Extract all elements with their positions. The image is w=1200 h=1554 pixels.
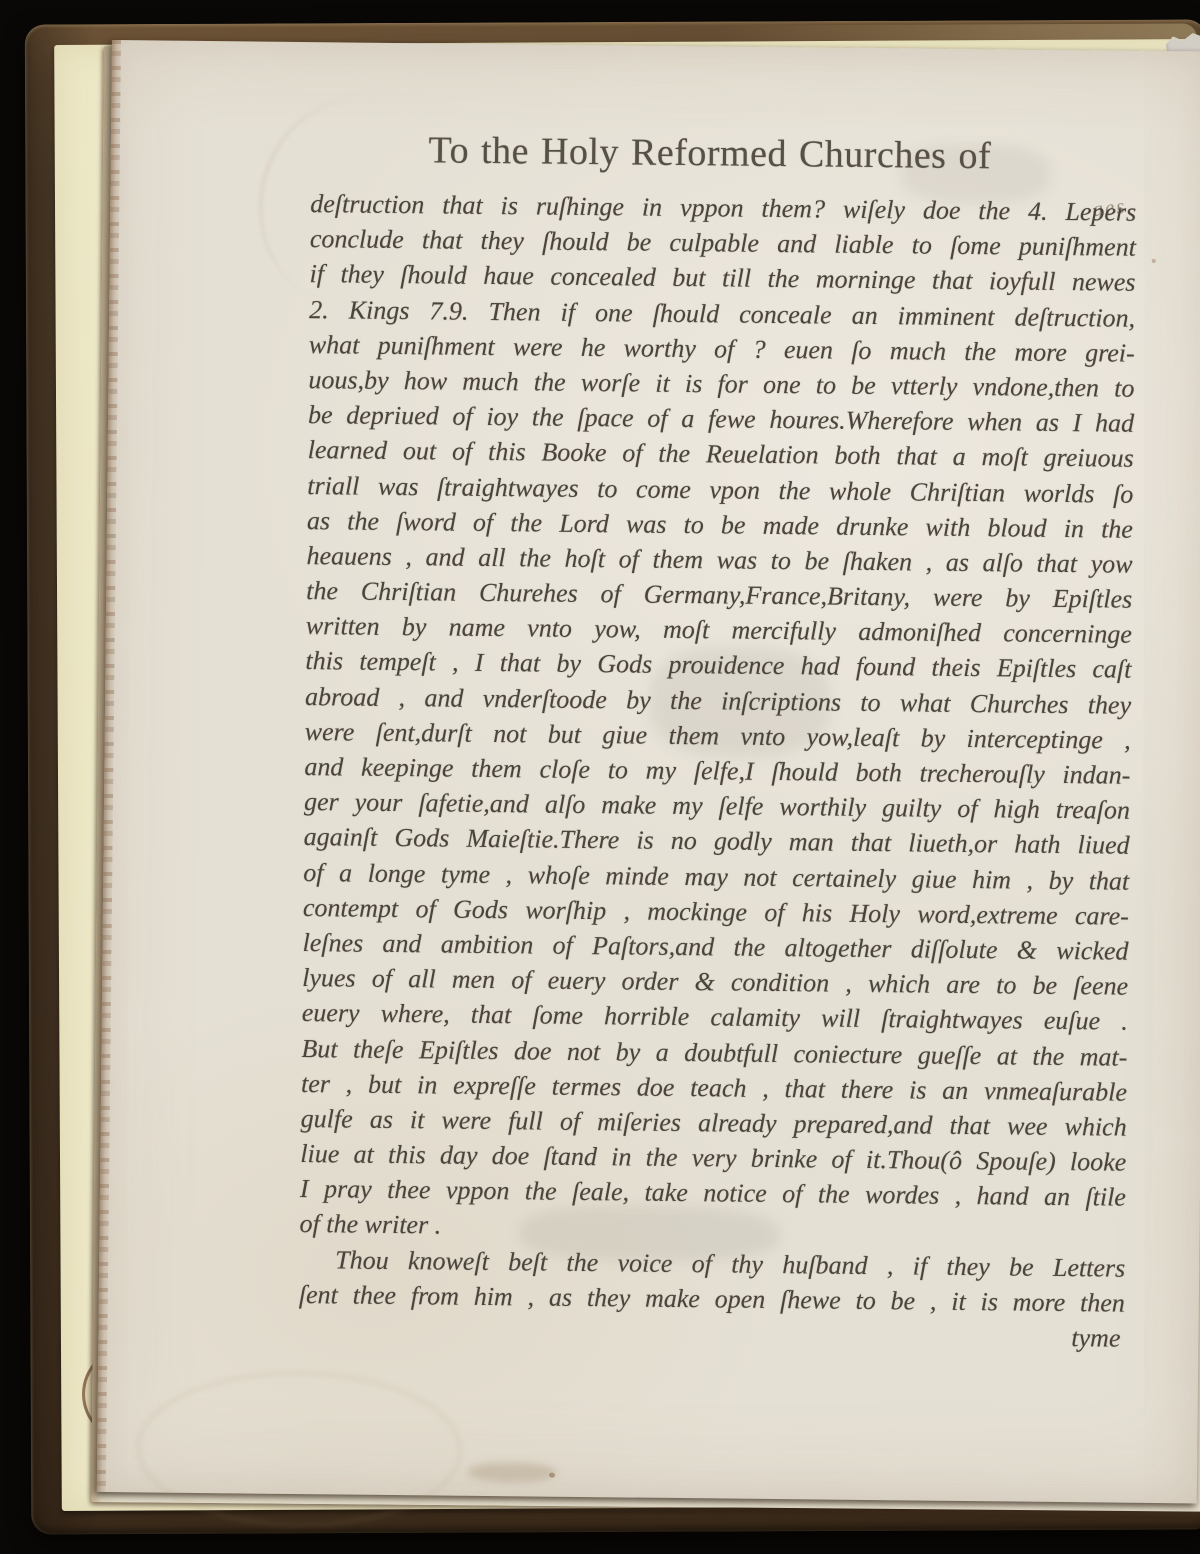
page: ges To the Holy Reformed Churches of deſ… [97,40,1200,1503]
foxing-speck [1152,259,1156,263]
foxing-speck [549,1473,555,1478]
printed-text-block: To the Holy Reformed Churches of deſtruc… [298,126,1137,1356]
running-title: To the Holy Reformed Churches of [311,126,1109,180]
body-text: deſtruction that is ruſhinge in vppon th… [299,186,1137,1321]
ink-smudge [467,1462,557,1483]
book-scan: ges To the Holy Reformed Churches of deſ… [0,0,1200,1554]
